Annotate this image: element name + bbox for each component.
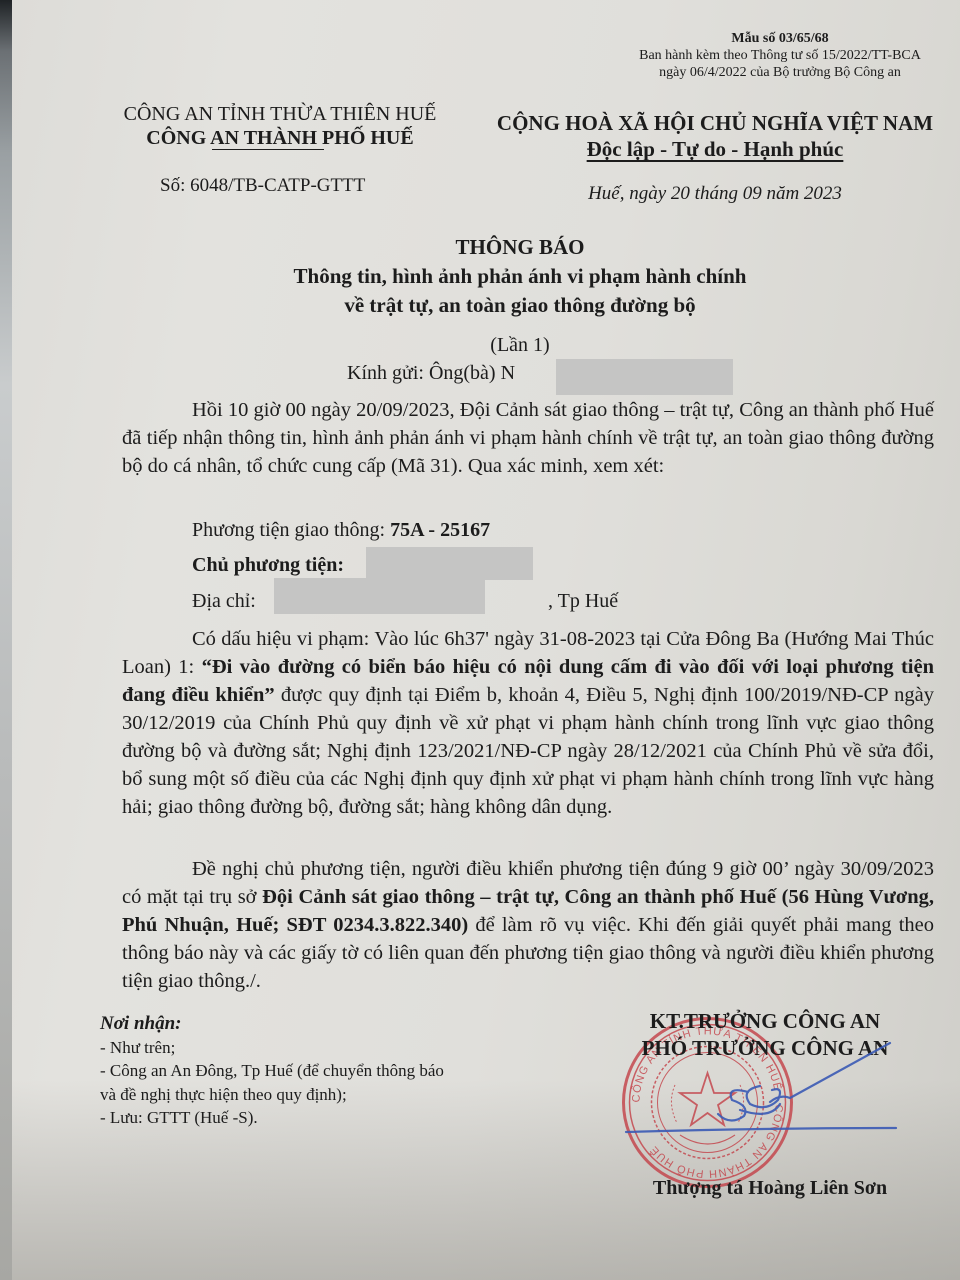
signature-title-line-2: PHÓ TRƯỞNG CÔNG AN: [600, 1035, 930, 1062]
intro-paragraph: Hồi 10 giờ 00 ngày 20/09/2023, Đội Cảnh …: [122, 396, 934, 480]
distribution-item: - Lưu: GTTT (Huế -S).: [100, 1106, 444, 1130]
distribution-item: - Như trên;: [100, 1036, 444, 1060]
vehicle-address-label: Địa chỉ:: [192, 590, 256, 612]
signature-title-line-1: KT.TRƯỞNG CÔNG AN: [600, 1008, 930, 1035]
signer-name: Thượng tá Hoàng Liên Sơn: [600, 1177, 940, 1200]
distribution-heading: Nơi nhận:: [100, 1012, 444, 1036]
form-code-block: Mẫu số 03/65/68 Ban hành kèm theo Thông …: [590, 30, 960, 81]
agency-parent: CÔNG AN TỈNH THỪA THIÊN HUẾ: [95, 102, 465, 126]
vehicle-owner-label: Chủ phương tiện:: [192, 554, 344, 576]
agency-header: CÔNG AN TỈNH THỪA THIÊN HUẾ CÔNG AN THÀN…: [95, 102, 465, 150]
vehicle-plate-value: 75A - 25167: [390, 519, 490, 541]
agency-underline: [212, 149, 324, 150]
title-line-2: về trật tự, an toàn giao thông đường bộ: [230, 291, 810, 320]
attempt-number: (Lần 1): [230, 334, 810, 357]
vehicle-address-city: , Tp Huế: [548, 590, 618, 613]
vehicle-address-field: Địa chỉ:: [192, 590, 256, 613]
recipient-line: Kính gửi: Ông(bà) N: [347, 362, 515, 385]
violation-paragraph: Có dấu hiệu vi phạm: Vào lúc 6h37' ngày …: [122, 625, 934, 821]
request-paragraph: Đề nghị chủ phương tiện, người điều khiể…: [122, 855, 934, 995]
redacted-owner-name: [366, 547, 533, 580]
vehicle-plate-label: Phương tiện giao thông:: [192, 519, 390, 541]
form-issued-by: Ban hành kèm theo Thông tư số 15/2022/TT…: [590, 47, 960, 64]
document-title: THÔNG BÁO Thông tin, hình ảnh phản ánh v…: [230, 233, 810, 320]
place-date: Huế, ngày 20 tháng 09 năm 2023: [485, 183, 945, 205]
form-issued-date: ngày 06/4/2022 của Bộ trưởng Bộ Công an: [590, 64, 960, 81]
nation-name: CỘNG HOÀ XÃ HỘI CHỦ NGHĨA VIỆT NAM: [485, 110, 945, 136]
distribution-item: và đề nghị thực hiện theo quy định);: [100, 1083, 444, 1107]
redacted-recipient-name: [556, 359, 733, 395]
vehicle-plate-field: Phương tiện giao thông: 75A - 25167: [192, 519, 490, 542]
national-motto: Độc lập - Tự do - Hạnh phúc: [587, 137, 844, 161]
distribution-list: Nơi nhận: - Như trên; - Công an An Đông,…: [100, 1012, 444, 1130]
agency-name: CÔNG AN THÀNH PHỐ HUẾ: [95, 126, 465, 150]
title-line-1: Thông tin, hình ảnh phản ánh vi phạm hàn…: [230, 262, 810, 291]
national-header: CỘNG HOÀ XÃ HỘI CHỦ NGHĨA VIỆT NAM Độc l…: [485, 110, 945, 162]
signature-title: KT.TRƯỞNG CÔNG AN PHÓ TRƯỞNG CÔNG AN: [600, 1008, 930, 1062]
form-number: Mẫu số 03/65/68: [590, 30, 960, 47]
title-heading: THÔNG BÁO: [230, 233, 810, 262]
redacted-address: [274, 578, 485, 614]
document-number: Số: 6048/TB-CATP-GTTT: [160, 175, 365, 197]
distribution-item: - Công an An Đông, Tp Huế (để chuyển thô…: [100, 1059, 444, 1083]
vehicle-owner-field: Chủ phương tiện:: [192, 554, 344, 577]
